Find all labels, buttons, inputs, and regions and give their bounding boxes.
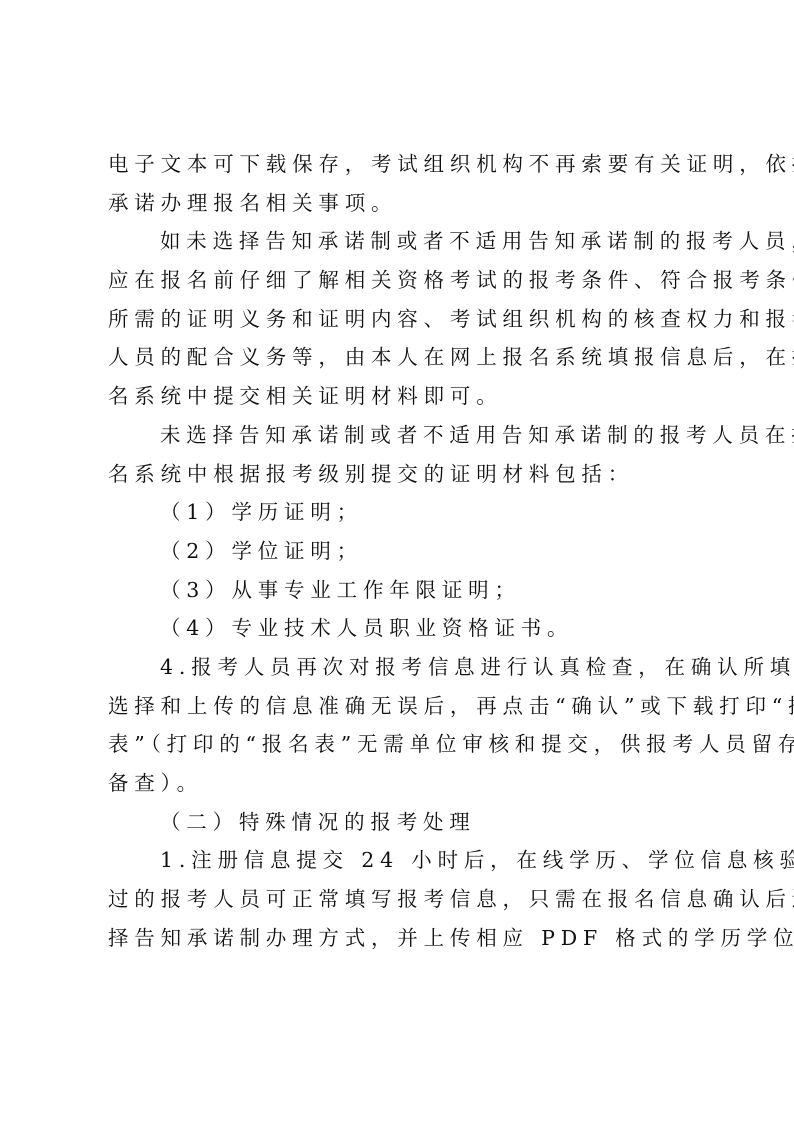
paragraph-line: 所需的证明义务和证明内容、考试组织机构的核查权力和报考 xyxy=(108,300,688,339)
document-page: 电子文本可下载保存，考试组织机构不再索要有关证明，依据 承诺办理报名相关事项。 … xyxy=(108,145,688,957)
list-item: （2）学位证明； xyxy=(108,532,688,571)
paragraph-line: 如未选择告知承诺制或者不适用告知承诺制的报考人员， xyxy=(108,222,688,261)
paragraph-line: 应在报名前仔细了解相关资格考试的报考条件、符合报考条件 xyxy=(108,261,688,300)
paragraph-line: 电子文本可下载保存，考试组织机构不再索要有关证明，依据 xyxy=(108,145,688,184)
paragraph-line: 名系统中根据报考级别提交的证明材料包括： xyxy=(108,455,688,494)
paragraph-line: 承诺办理报名相关事项。 xyxy=(108,184,688,223)
paragraph-line: 表”（打印的“报名表”无需单位审核和提交，供报考人员留存 xyxy=(108,725,688,764)
paragraph-line: 选择和上传的信息准确无误后，再点击“确认”或下载打印“报名 xyxy=(108,687,688,726)
list-item: （1）学历证明； xyxy=(108,493,688,532)
paragraph-line: 过的报考人员可正常填写报考信息，只需在报名信息确认后选 xyxy=(108,880,688,919)
list-item: （3）从事专业工作年限证明； xyxy=(108,571,688,610)
list-item: （4）专业技术人员职业资格证书。 xyxy=(108,609,688,648)
numbered-paragraph-line: 1.注册信息提交 24 小时后，在线学历、学位信息核验未通 xyxy=(108,841,688,880)
paragraph-line: 名系统中提交相关证明材料即可。 xyxy=(108,377,688,416)
section-heading: （二）特殊情况的报考处理 xyxy=(108,803,688,842)
numbered-paragraph-line: 4.报考人员再次对报考信息进行认真检查，在确认所填报、 xyxy=(108,648,688,687)
paragraph-line: 人员的配合义务等，由本人在网上报名系统填报信息后，在报 xyxy=(108,338,688,377)
paragraph-line: 择告知承诺制办理方式，并上传相应 PDF 格式的学历学位证书 xyxy=(108,919,688,958)
paragraph-line: 未选择告知承诺制或者不适用告知承诺制的报考人员在报 xyxy=(108,416,688,455)
paragraph-line: 备查）。 xyxy=(108,764,688,803)
